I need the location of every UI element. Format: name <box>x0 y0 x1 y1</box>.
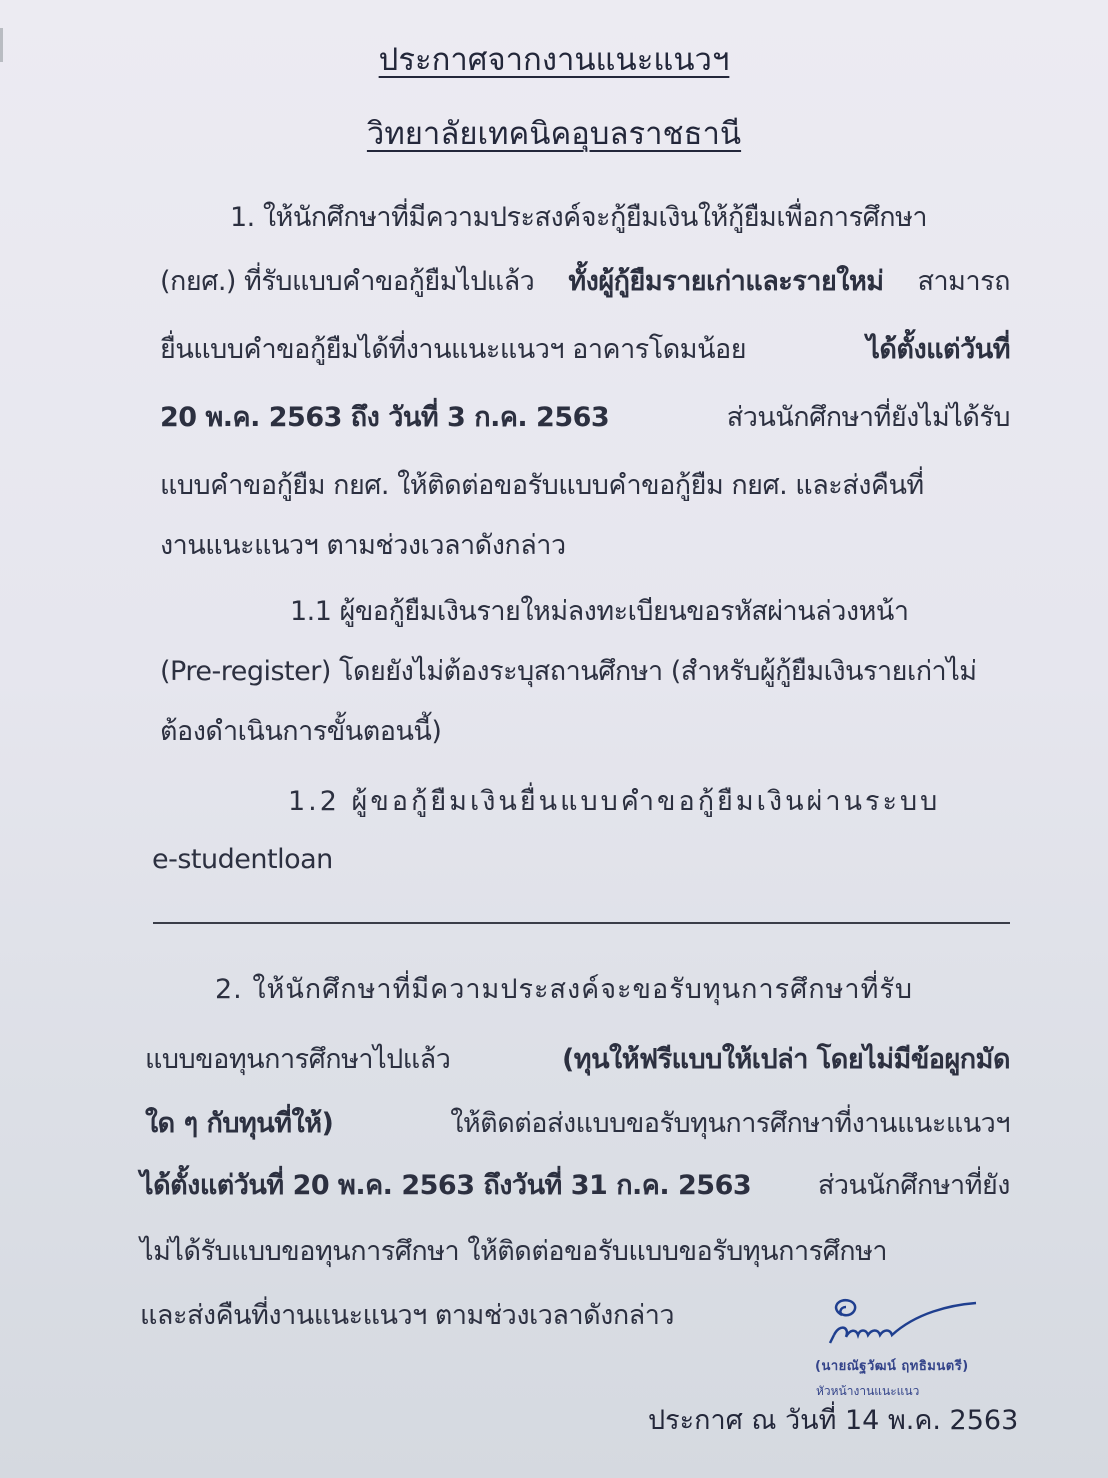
title-line-2: วิทยาลัยเทคนิคอุบลราชธานี <box>0 112 1108 156</box>
section2-date-range: ได้ตั้งแต่วันที่ 20 พ.ค. 2563 ถึงวันที่ … <box>140 1166 751 1206</box>
section1-line-1: 1. ให้นักศึกษาที่มีความประสงค์จะกู้ยืมเง… <box>230 198 927 238</box>
section2-line-3: ใด ๆ กับทุนที่ให้) ให้ติดต่อส่งแบบขอรับท… <box>145 1104 1010 1144</box>
section-divider <box>153 922 1010 924</box>
section2-text: ให้ติดต่อส่งแบบขอรับทุนการศึกษาที่งานแนะ… <box>450 1104 1010 1144</box>
section2-line-5: ไม่ได้รับแบบขอทุนการศึกษา ให้ติดต่อขอรับ… <box>140 1232 887 1272</box>
section2-emphasis: ใด ๆ กับทุนที่ให้) <box>145 1104 333 1144</box>
section1-line-6: งานแนะแนวฯ ตามช่วงเวลาดังกล่าว <box>160 526 566 566</box>
section1-emphasis: ได้ตั้งแต่วันที่ <box>866 330 1010 370</box>
title-line-1: ประกาศจากงานแนะแนวฯ <box>0 38 1108 82</box>
signatory-position: หัวหน้างานแนะแนว <box>816 1382 919 1401</box>
section2-text: แบบขอทุนการศึกษาไปแล้ว <box>145 1040 450 1080</box>
announcement-date: ประกาศ ณ วันที่ 14 พ.ค. 2563 <box>648 1401 1018 1441</box>
section1-line-3: ยื่นแบบคำขอกู้ยืมได้ที่งานแนะแนวฯ อาคารโ… <box>160 330 1010 370</box>
section2-line-4: ได้ตั้งแต่วันที่ 20 พ.ค. 2563 ถึงวันที่ … <box>140 1166 1010 1206</box>
section1-date-range: 20 พ.ค. 2563 ถึง วันที่ 3 ก.ค. 2563 <box>160 398 609 438</box>
sub1-1-line-2: (Pre-register) โดยยังไม่ต้องระบุสถานศึกษ… <box>160 652 977 692</box>
section1-line-4: 20 พ.ค. 2563 ถึง วันที่ 3 ก.ค. 2563 ส่วน… <box>160 398 1010 438</box>
sub1-1-line-1: 1.1 ผู้ขอกู้ยืมเงินรายใหม่ลงทะเบียนขอรหั… <box>290 592 908 632</box>
signature-icon <box>820 1295 980 1355</box>
section1-text: ยื่นแบบคำขอกู้ยืมได้ที่งานแนะแนวฯ อาคารโ… <box>160 330 746 370</box>
section1-text: สามารถ <box>918 262 1010 302</box>
sub1-1-line-3: ต้องดำเนินการขั้นตอนนี้) <box>160 712 441 752</box>
sub1-2-line-2: e-studentloan <box>152 840 333 880</box>
section1-line-5: แบบคำขอกู้ยืม กยศ. ให้ติดต่อขอรับแบบคำขอ… <box>160 466 924 506</box>
section1-text: (กยศ.) ที่รับแบบคำขอกู้ยืมไปแล้ว <box>160 262 534 302</box>
section2-line-6: และส่งคืนที่งานแนะแนวฯ ตามช่วงเวลาดังกล่… <box>140 1296 674 1336</box>
section2-text: ส่วนนักศึกษาที่ยัง <box>818 1166 1010 1206</box>
section1-emphasis: ทั้งผู้กู้ยืมรายเก่าและรายใหม่ <box>568 262 883 302</box>
section2-line-1: 2. ให้นักศึกษาที่มีความประสงค์จะขอรับทุน… <box>215 970 913 1010</box>
section1-text: ส่วนนักศึกษาที่ยังไม่ได้รับ <box>727 398 1010 438</box>
announcement-document: ประกาศจากงานแนะแนวฯ วิทยาลัยเทคนิคอุบลรา… <box>0 0 1108 1478</box>
section2-line-2: แบบขอทุนการศึกษาไปแล้ว (ทุนให้ฟรีแบบให้เ… <box>145 1040 1010 1080</box>
signatory-name: (นายณัฐวัฒน์ ฤทธิมนตรี) <box>815 1355 969 1376</box>
section2-emphasis: (ทุนให้ฟรีแบบให้เปล่า โดยไม่มีข้อผูกมัด <box>562 1040 1010 1080</box>
section1-line-2: (กยศ.) ที่รับแบบคำขอกู้ยืมไปแล้ว ทั้งผู้… <box>160 262 1010 302</box>
sub1-2-line-1: 1.2 ผู้ขอกู้ยืมเงินยื่นแบบคำขอกู้ยืมเงิน… <box>288 782 940 822</box>
